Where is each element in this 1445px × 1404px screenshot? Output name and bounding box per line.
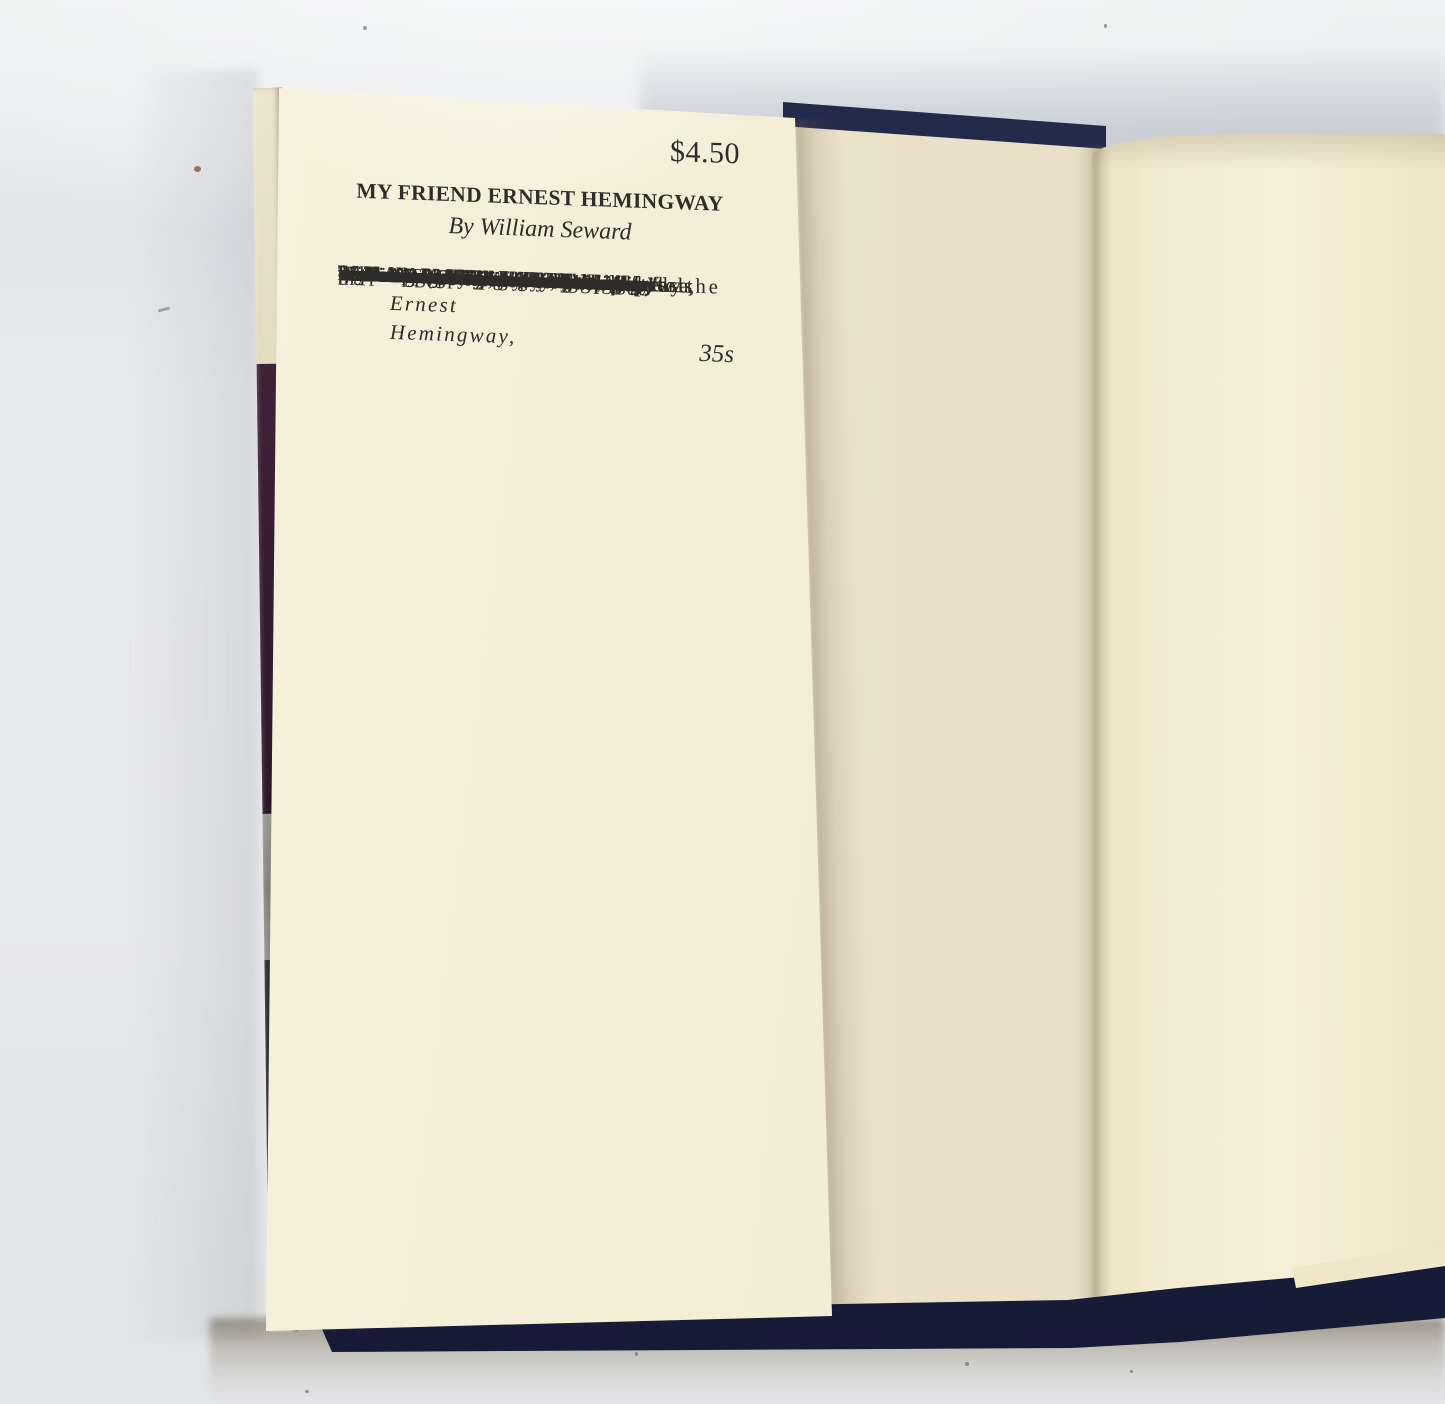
table-speck xyxy=(305,1390,309,1393)
flap-body: Ernest Hemingway had an intense,life-lon… xyxy=(338,259,742,273)
table-speck xyxy=(635,1352,638,1356)
flap-text-line: precision with which the author xyxy=(338,259,655,299)
flap-printed-text: $4.50 MY FRIEND ERNEST HEMINGWAY By Will… xyxy=(338,116,742,370)
page-gutter-shadow xyxy=(1078,146,1110,1304)
table-speck xyxy=(965,1362,969,1366)
wall-speck xyxy=(363,26,367,30)
wall-shadow xyxy=(130,70,258,1340)
book-photo-scene: $4.50 MY FRIEND ERNEST HEMINGWAY By Will… xyxy=(0,0,1445,1404)
book-page-right xyxy=(1092,134,1445,1302)
wall-speck xyxy=(194,166,201,172)
price-label: $4.50 xyxy=(338,126,740,169)
table-speck xyxy=(1130,1370,1133,1373)
wall-speck xyxy=(1104,24,1107,28)
